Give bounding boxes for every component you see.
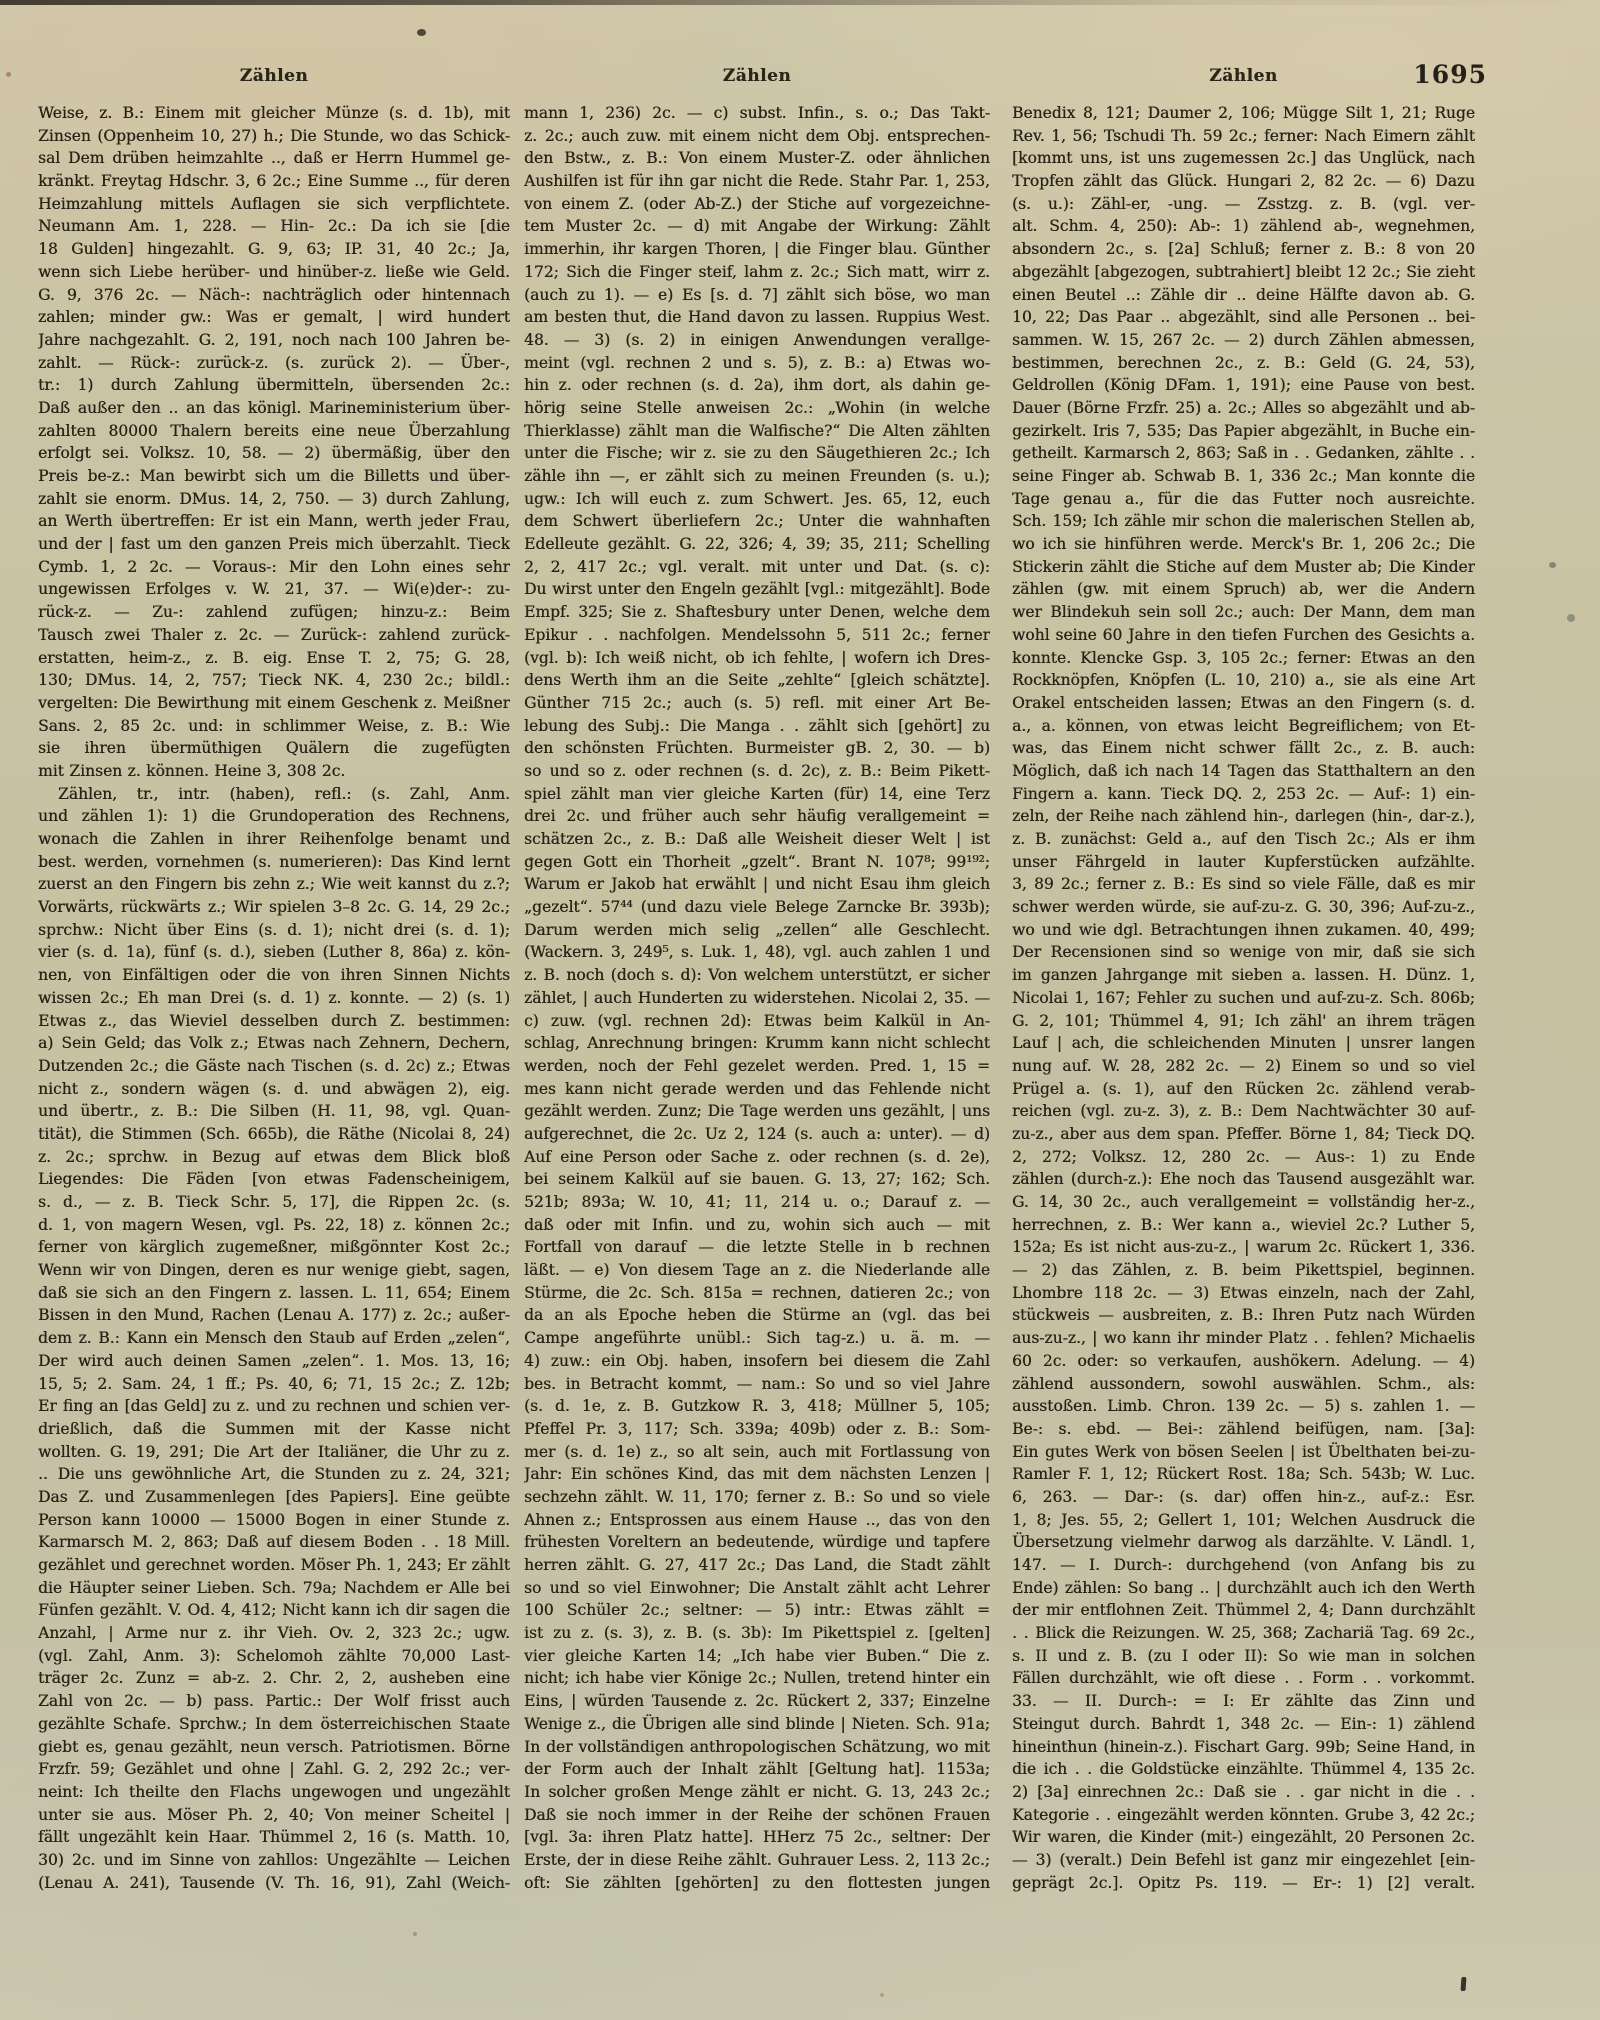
text-line: Anzahl, | Arme nur z. ihr Vieh. Ov. 2, 3… xyxy=(38,1622,510,1645)
text-line: Karmarsch M. 2, 863; Daß auf diesem Bode… xyxy=(38,1531,510,1554)
text-line: a., a. können, von etwas leicht Begreifl… xyxy=(1012,715,1475,738)
text-line: Weise, z. B.: Einem mit gleicher Münze (… xyxy=(38,102,510,125)
running-head-left: Zählen xyxy=(38,66,510,94)
text-line: den Bstw., z. B.: Von einem Muster-Z. od… xyxy=(524,147,990,170)
text-line: nen, von Einfältigen oder die von ihren … xyxy=(38,964,510,987)
text-line: Lauf | ach, die schleichenden Minuten | … xyxy=(1012,1032,1475,1055)
text-line: Thierklasse) zählt man die Walfische?“ D… xyxy=(524,420,990,443)
ink-speck xyxy=(413,1932,417,1936)
text-line: ausstoßen. Limb. Chron. 139 2c. — 5) s. … xyxy=(1012,1395,1475,1418)
text-line: Warum er Jakob hat erwählt | und nicht E… xyxy=(524,873,990,896)
text-line: und übertr., z. B.: Die Silben (H. 11, 9… xyxy=(38,1100,510,1123)
text-line: 10, 22; Das Paar .. abgezählt, sind alle… xyxy=(1012,306,1475,329)
text-line: unter sie aus. Möser Ph. 2, 40; Von mein… xyxy=(38,1804,510,1827)
text-line: daß oder mit Infin. und zu, wohin sich a… xyxy=(524,1214,990,1237)
text-line: (Wackern. 3, 249⁵, s. Luk. 1, 48), vgl. … xyxy=(524,941,990,964)
text-line: wohl seine 60 Jahre in den tiefen Furche… xyxy=(1012,624,1475,647)
text-line: hörig seine Stelle anweisen 2c.: „Wohin … xyxy=(524,397,990,420)
running-head-center: Zählen xyxy=(524,66,990,94)
text-line: getheilt. Karmarsch 2, 863; Saß in . . G… xyxy=(1012,442,1475,465)
text-line: wissen 2c.; Eh man Drei (s. d. 1) z. kon… xyxy=(38,987,510,1010)
text-line: mit Zinsen z. können. Heine 3, 308 2c. xyxy=(38,760,510,783)
text-line: fällt ungezählt kein Haar. Thümmel 2, 16… xyxy=(38,1826,510,1849)
text-line: so und so viel Einwohner; Die Anstalt zä… xyxy=(524,1577,990,1600)
text-line: zeln, der Reihe nach zählend hin-, darle… xyxy=(1012,805,1475,828)
text-line: Das Z. und Zusammenlegen [des Papiers]. … xyxy=(38,1486,510,1509)
text-line: . . Blick die Reizungen. W. 25, 368; Zac… xyxy=(1012,1622,1475,1645)
text-line: 30) 2c. und im Sinne von zahllos: Ungezä… xyxy=(38,1849,510,1872)
text-line: geprägt 2c.]. Opitz Ps. 119. — Er-: 1) [… xyxy=(1012,1872,1475,1895)
text-line: reichen (vgl. zu-z. 3), z. B.: Dem Nacht… xyxy=(1012,1100,1475,1123)
text-line: (auch zu 1). — e) Es [s. d. 7] zählt sic… xyxy=(524,284,990,307)
text-line: tem Muster 2c. — d) mit Angabe der Wirku… xyxy=(524,215,990,238)
text-line: .. Die uns gewöhnliche Art, die Stunden … xyxy=(38,1463,510,1486)
text-line: Sans. 2, 85 2c. und: in schlimmer Weise,… xyxy=(38,715,510,738)
ink-speck xyxy=(529,857,533,861)
text-line: Daß außer den .. an das königl. Marinemi… xyxy=(38,397,510,420)
text-line: sammen. W. 15, 267 2c. — 2) durch Zählen… xyxy=(1012,329,1475,352)
text-line: den schönsten Früchten. Burmeister gB. 2… xyxy=(524,737,990,760)
text-line: Er fing an [das Geld] zu z. und zu rechn… xyxy=(38,1395,510,1418)
text-line: tr.: 1) durch Zahlung übermitteln, übers… xyxy=(38,374,510,397)
text-line: Campe angeführte unübl.: Sich tag-z.) u.… xyxy=(524,1327,990,1350)
text-line: Empf. 325; Sie z. Shaftesbury unter Dene… xyxy=(524,601,990,624)
text-line: Jahre nachgezahlt. G. 2, 191, noch nach … xyxy=(38,329,510,352)
text-line: daß sie sich an den Fingern z. lassen. L… xyxy=(38,1282,510,1305)
text-line: was, das Einem nicht schwer fällt 2c., z… xyxy=(1012,737,1475,760)
text-line: Heimzahlung mittels Auflagen sie sich ve… xyxy=(38,193,510,216)
text-line: Prügel a. (s. 1), auf den Rücken 2c. zäh… xyxy=(1012,1078,1475,1101)
text-line: In der vollständigen anthropologischen S… xyxy=(524,1736,990,1759)
text-line: Zinsen (Oppenheim 10, 27) h.; Die Stunde… xyxy=(38,125,510,148)
text-line: nicht z., sondern wägen (s. d. und abwäg… xyxy=(38,1078,510,1101)
text-line: ist zu z. (s. 3), z. B. (s. 3b): Im Pike… xyxy=(524,1622,990,1645)
ink-speck xyxy=(880,1993,884,1997)
text-line: ugw.: Ich will euch z. zum Schwert. Jes.… xyxy=(524,488,990,511)
text-line: konnte. Klencke Gsp. 3, 105 2c.; ferner:… xyxy=(1012,647,1475,670)
text-line: 6, 263. — Dar-: (s. dar) offen hin-z., a… xyxy=(1012,1486,1475,1509)
text-line: G. 14, 30 2c., auch verallgemeint = voll… xyxy=(1012,1191,1475,1214)
text-line: G. 2, 101; Thümmel 4, 91; Ich zähl' an i… xyxy=(1012,1010,1475,1033)
text-line: meint (vgl. rechnen 2 und s. 5), z. B.: … xyxy=(524,352,990,375)
text-line: Übersetzung vielmehr darwog als darzählt… xyxy=(1012,1531,1475,1554)
text-line: zahlen; minder gw.: Was er gemalt, | wir… xyxy=(38,306,510,329)
text-line: Darum werden mich selig „zellen“ alle Ge… xyxy=(524,919,990,942)
text-line: Daß sie noch immer in der Reihe der schö… xyxy=(524,1804,990,1827)
text-line: zuerst an den Fingern bis zehn z.; Wie w… xyxy=(38,873,510,896)
text-line: immerhin, ihr kargen Thoren, | die Finge… xyxy=(524,238,990,261)
text-line: Be-: s. ebd. — Bei-: zählend beifügen, n… xyxy=(1012,1418,1475,1441)
text-line: Nicolai 1, 167; Fehler zu suchen und auf… xyxy=(1012,987,1475,1010)
text-line: wenn sich Liebe herüber- und hinüber-z. … xyxy=(38,261,510,284)
text-line: träger 2c. Zunz = ab-z. 2. Chr. 2, 2, au… xyxy=(38,1667,510,1690)
text-line: nicht; ich habe vier Könige 2c.; Nullen,… xyxy=(524,1667,990,1690)
text-line: sechzehn zählt. W. 11, 170; ferner z. B.… xyxy=(524,1486,990,1509)
text-line: [kommt uns, ist uns zugemessen 2c.] das … xyxy=(1012,147,1475,170)
scan-edge-shadow xyxy=(0,0,1600,5)
text-line: da an als Epoche heben die Stürme an (vg… xyxy=(524,1304,990,1327)
text-line: Fünfen gezählt. V. Od. 4, 412; Nicht kan… xyxy=(38,1599,510,1622)
text-line: Tage genau a., für die das Futter noch a… xyxy=(1012,488,1475,511)
text-line: zählet, | auch Hunderten zu widerstehen.… xyxy=(524,987,990,1010)
text-line: drießlich, daß die Summen mit der Kasse … xyxy=(38,1418,510,1441)
text-line: (vgl. b): Ich weiß nicht, ob ich fehlte,… xyxy=(524,647,990,670)
text-line: 18 Gulden] hingezahlt. G. 9, 63; IP. 31,… xyxy=(38,238,510,261)
text-line: unser Fährgeld in lauter Kupferstücken a… xyxy=(1012,851,1475,874)
text-line: vier (s. d. 1a), fünf (s. d.), sieben (L… xyxy=(38,941,510,964)
text-line: G. 9, 376 2c. — Näch-: nachträglich oder… xyxy=(38,284,510,307)
text-line: 3, 89 2c.; ferner z. B.: Es sind so viel… xyxy=(1012,873,1475,896)
text-line: der Form auch der Inhalt zählt [Geltung … xyxy=(524,1758,990,1781)
text-line: der mir entflohnen Zeit. Thümmel 2, 4; D… xyxy=(1012,1599,1475,1622)
text-line: und zählen 1): 1) die Grundoperation des… xyxy=(38,805,510,828)
text-line: [vgl. 3a: ihren Platz hatte]. HHerz 75 2… xyxy=(524,1826,990,1849)
text-line: zählen (durch-z.): Ehe noch das Tausend … xyxy=(1012,1168,1475,1191)
text-line: alt. Schm. 4, 250): Ab-: 1) zählend ab-,… xyxy=(1012,215,1475,238)
text-line: sprchw.: Nicht über Eins (s. d. 1); nich… xyxy=(38,919,510,942)
text-line: Vorwärts, rückwärts z.; Wir spielen 3–8 … xyxy=(38,896,510,919)
text-line: mes kann nicht gerade werden und das Feh… xyxy=(524,1078,990,1101)
text-line: Möglich, daß ich nach 14 Tagen das Statt… xyxy=(1012,760,1475,783)
text-line: Bissen in den Mund, Rachen (Lenau A. 177… xyxy=(38,1304,510,1327)
text-line: stückweis — ausbreiten, z. B.: Ihren Put… xyxy=(1012,1304,1475,1327)
text-line: wo und wie dgl. Betrachtungen ihnen zuka… xyxy=(1012,919,1475,942)
text-line: mann 1, 236) 2c. — c) subst. Infin., s. … xyxy=(524,102,990,125)
text-line: 521b; 893a; W. 10, 41; 11, 214 u. o.; Da… xyxy=(524,1191,990,1214)
text-line: werden, noch der Fehl gezelet werden. Pr… xyxy=(524,1055,990,1078)
text-line: bestimmen, berechnen 2c., z. B.: Geld (G… xyxy=(1012,352,1475,375)
text-line: Der Recensionen sind so wenige von mir, … xyxy=(1012,941,1475,964)
text-line: Preis be-z.: Man bewirbt sich um die Bil… xyxy=(38,465,510,488)
text-line: wonach die Zahlen in ihrer Reihenfolge b… xyxy=(38,828,510,851)
text-line: Edelleute gezählt. G. 22, 326; 4, 39; 35… xyxy=(524,533,990,556)
text-line: ungewissen Erfolges v. W. 21, 37. — Wi(e… xyxy=(38,578,510,601)
text-line: aufgerechnet, die 2c. Uz 2, 124 (s. auch… xyxy=(524,1123,990,1146)
text-line: 172; Sich die Finger steif, lahm z. 2c.;… xyxy=(524,261,990,284)
text-line: dem z. B.: Kann ein Mensch den Staub auf… xyxy=(38,1327,510,1350)
text-line: Pfeffel Pr. 3, 117; Sch. 339a; 409b) ode… xyxy=(524,1418,990,1441)
text-line: Günther 715 2c.; auch (s. 5) refl. mit e… xyxy=(524,692,990,715)
text-line: Zählen, tr., intr. (haben), refl.: (s. Z… xyxy=(38,783,510,806)
text-line: Person kann 10000 — 15000 Bogen in einer… xyxy=(38,1509,510,1532)
text-line: Aushilfen ist für ihn gar nicht die Rede… xyxy=(524,170,990,193)
page-number: 1695 xyxy=(1012,60,1487,94)
text-line: giebt es, genau gezählt, neun versch. Pa… xyxy=(38,1736,510,1759)
text-line: gezählte Schafe. Sprchw.; In dem österre… xyxy=(38,1713,510,1736)
text-line: „gezelt“. 57⁴⁴ (und dazu viele Belege Za… xyxy=(524,896,990,919)
text-line: Tausch zwei Thaler z. 2c. — Zurück-: zah… xyxy=(38,624,510,647)
text-line: Stürme, die 2c. Sch. 815a = rechnen, dat… xyxy=(524,1282,990,1305)
text-line: Wenige z., die Übrigen alle sind blinde … xyxy=(524,1713,990,1736)
text-line: 147. — I. Durch-: durchgehend (von Anfan… xyxy=(1012,1554,1475,1577)
text-line: kränkt. Freytag Hdschr. 3, 6 2c.; Eine S… xyxy=(38,170,510,193)
text-line: dens Werth ihm an die Seite „zehlte“ [gl… xyxy=(524,669,990,692)
text-line: 2, 2, 417 2c.; vgl. veralt. mit unter un… xyxy=(524,556,990,579)
text-line: wo ich sie hinführen werde. Merck's Br. … xyxy=(1012,533,1475,556)
text-line: gegen Gott ein Thorheit „gzelt“. Brant N… xyxy=(524,851,990,874)
text-line: c) zuw. (vgl. rechnen 2d): Etwas beim Ka… xyxy=(524,1010,990,1033)
text-line: hin z. oder rechnen (s. d. 2a), ihm dort… xyxy=(524,374,990,397)
text-line: vier gleiche Karten 14; „Ich habe vier B… xyxy=(524,1645,990,1668)
text-line: (vgl. Zahl, Anm. 3): Schelomoh zählte 70… xyxy=(38,1645,510,1668)
text-line: 100 Schüler 2c.; seltner: — 5) intr.: Et… xyxy=(524,1599,990,1622)
text-line: und der | fast um den ganzen Preis mich … xyxy=(38,533,510,556)
text-line: Frzfr. 59; Gezählet und ohne | Zahl. G. … xyxy=(38,1758,510,1781)
text-line: sie ihren übermüthigen Quälern die zugef… xyxy=(38,737,510,760)
text-line: schlag, Anrechnung bringen: Krumm kann n… xyxy=(524,1032,990,1055)
text-line: zahlt. — Rück-: zurück-z. (s. zurück 2).… xyxy=(38,352,510,375)
text-line: Dutzenden 2c.; die Gäste nach Tischen (s… xyxy=(38,1055,510,1078)
text-line: Cymb. 1, 2 2c. — Voraus-: Mir den Lohn e… xyxy=(38,556,510,579)
text-line: absondern 2c., s. [2a] Schluß; ferner z.… xyxy=(1012,238,1475,261)
text-line: Lhombre 118 2c. — 3) Etwas einzeln, nach… xyxy=(1012,1282,1475,1305)
text-line: am besten thut, die Hand davon zu lassen… xyxy=(524,306,990,329)
text-line: unter die Fische; wir z. sie zu den Säug… xyxy=(524,442,990,465)
text-line: Benedix 8, 121; Daumer 2, 106; Mügge Sil… xyxy=(1012,102,1475,125)
text-line: (Lenau A. 241), Tausende (V. Th. 16, 91)… xyxy=(38,1872,510,1895)
text-line: sal Dem drüben heimzahlte .., daß er Her… xyxy=(38,147,510,170)
text-line: Auf eine Person oder Sache z. oder rechn… xyxy=(524,1146,990,1169)
text-line: 1, 8; Jes. 55, 2; Gellert 1, 101; Welche… xyxy=(1012,1509,1475,1532)
scanned-dictionary-page: Zählen Zählen Zählen 1695 Weise, z. B.: … xyxy=(0,0,1600,2020)
ink-mark xyxy=(1461,1977,1467,1991)
text-line: herren zählt. G. 27, 417 2c.; Das Land, … xyxy=(524,1554,990,1577)
text-line: rück-z. — Zu-: zahlend zufügen; hinzu-z.… xyxy=(38,601,510,624)
text-line: Etwas z., das Wieviel desselben durch Z.… xyxy=(38,1010,510,1033)
text-line: Orakel entscheiden lassen; Etwas an den … xyxy=(1012,692,1475,715)
text-line: seine Finger ab. Schwab B. 1, 336 2c.; M… xyxy=(1012,465,1475,488)
text-line: von einem Z. (oder Ab-Z.) der Stiche auf… xyxy=(524,193,990,216)
text-line: Stickerin zählt die Stiche auf dem Muste… xyxy=(1012,556,1475,579)
text-line: z. B. noch (doch s. d): Von welchem unte… xyxy=(524,964,990,987)
text-line: Liegendes: Die Fäden [von etwas Fadensch… xyxy=(38,1168,510,1191)
text-line: zählend aussondern, sowohl auswählen. Sc… xyxy=(1012,1373,1475,1396)
text-line: erstatten, heim-z., z. B. eig. Ense T. 2… xyxy=(38,647,510,670)
text-line: 152a; Es ist nicht aus-zu-z., | warum 2c… xyxy=(1012,1236,1475,1259)
text-line: frühesten Voreltern an bedeutende, würdi… xyxy=(524,1531,990,1554)
text-line: so und so z. oder rechnen (s. d. 2c), z.… xyxy=(524,760,990,783)
text-line: Eins, | würden Tausende z. 2c. Rückert 2… xyxy=(524,1690,990,1713)
text-line: 4) zuw.: ein Obj. haben, insofern bei di… xyxy=(524,1350,990,1373)
text-line: Epikur . . nachfolgen. Mendelssohn 5, 51… xyxy=(524,624,990,647)
text-line: 33. — II. Durch-: = I: Er zählte das Zin… xyxy=(1012,1690,1475,1713)
text-column-3: Benedix 8, 121; Daumer 2, 106; Mügge Sil… xyxy=(1012,102,1475,1897)
text-line: s. II und z. B. (zu I oder II): So wie m… xyxy=(1012,1645,1475,1668)
ink-speck xyxy=(417,29,426,36)
ink-speck xyxy=(1567,614,1575,622)
ink-speck xyxy=(1549,562,1556,568)
text-line: gezählt werden. Zunz; Die Tage werden un… xyxy=(524,1100,990,1123)
text-line: Steingut durch. Bahrdt 1, 348 2c. — Ein-… xyxy=(1012,1713,1475,1736)
text-line: Dauer (Börne Frzfr. 25) a. 2c.; Alles so… xyxy=(1012,397,1475,420)
text-line: Zahl von 2c. — b) pass. Partic.: Der Wol… xyxy=(38,1690,510,1713)
text-line: Sch. 159; Ich zähle mir schon die maleri… xyxy=(1012,510,1475,533)
text-line: tität), die Stimmen (Sch. 665b), die Rät… xyxy=(38,1123,510,1146)
text-line: Du wirst unter den Engeln gezählt [vgl.:… xyxy=(524,578,990,601)
text-line: mer (s. d. 1e) z., so alt sein, auch mit… xyxy=(524,1441,990,1464)
text-line: Rev. 1, 56; Tschudi Th. 59 2c.; ferner: … xyxy=(1012,125,1475,148)
text-line: z. 2c.; auch zuw. mit einem nicht dem Ob… xyxy=(524,125,990,148)
text-line: gezirkelt. Iris 7, 535; Das Papier abgez… xyxy=(1012,420,1475,443)
text-line: an Werth übertreffen: Er ist ein Mann, w… xyxy=(38,510,510,533)
text-line: In solcher großen Menge zählt er nicht. … xyxy=(524,1781,990,1804)
text-line: im ganzen Jahrgange mit sieben a. lassen… xyxy=(1012,964,1475,987)
text-line: nung auf. W. 28, 282 2c. — 2) Einem so u… xyxy=(1012,1055,1475,1078)
text-line: bei seinem Kalkül auf sie bauen. G. 13, … xyxy=(524,1168,990,1191)
text-line: drei 2c. und früher auch sehr häufig ver… xyxy=(524,805,990,828)
text-line: 48. — 3) (s. 2) in einigen Anwendungen v… xyxy=(524,329,990,352)
text-line: Ende) zählen: So bang .. | durchzählt au… xyxy=(1012,1577,1475,1600)
text-line: Ein gutes Werk von bösen Seelen | ist Üb… xyxy=(1012,1441,1475,1464)
text-line: herrechnen, z. B.: Wer kann a., wieviel … xyxy=(1012,1214,1475,1237)
text-line: Wenn wir von Dingen, deren es nur wenige… xyxy=(38,1259,510,1282)
text-line: die Häupter seiner Lieben. Sch. 79a; Nac… xyxy=(38,1577,510,1600)
text-line: spiel zählt man vier gleiche Karten (für… xyxy=(524,783,990,806)
text-line: erfolgt sei. Volksz. 10, 58. — 2) übermä… xyxy=(38,442,510,465)
text-column-1: Weise, z. B.: Einem mit gleicher Münze (… xyxy=(38,102,510,1897)
text-line: abgezählt [abgezogen, subtrahiert] bleib… xyxy=(1012,261,1475,284)
text-line: aus-zu-z., | wo kann ihr minder Platz . … xyxy=(1012,1327,1475,1350)
text-line: Erste, der in diese Reihe zählt. Guhraue… xyxy=(524,1849,990,1872)
text-line: z. 2c.; sprchw. in Bezug auf etwas dem B… xyxy=(38,1146,510,1169)
text-column-2: mann 1, 236) 2c. — c) subst. Infin., s. … xyxy=(524,102,990,1897)
text-line: zählen (gw. mit einem Spruch) ab, wer di… xyxy=(1012,578,1475,601)
text-line: zähle ihn —, er zählt sich zu meinen Fre… xyxy=(524,465,990,488)
text-line: wollten. G. 19, 291; Die Art der Italiän… xyxy=(38,1441,510,1464)
text-line: zahlt sie enorm. DMus. 14, 2, 750. — 3) … xyxy=(38,488,510,511)
text-line: zahlten 80000 Thalern bereits eine neue … xyxy=(38,420,510,443)
text-line: Tropfen zählt das Glück. Hungari 2, 82 2… xyxy=(1012,170,1475,193)
text-line: vergelten: Die Bewirthung mit einem Gesc… xyxy=(38,692,510,715)
text-line: dem Schwert überliefern 2c.; Unter die w… xyxy=(524,510,990,533)
text-line: — 2) das Zählen, z. B. beim Pikettspiel,… xyxy=(1012,1259,1475,1282)
text-line: Ramler F. 1, 12; Rückert Rost. 18a; Sch.… xyxy=(1012,1463,1475,1486)
text-line: Rockknöpfen, Knöpfen (L. 10, 210) a., si… xyxy=(1012,669,1475,692)
text-line: gezählet und gerechnet worden. Möser Ph.… xyxy=(38,1554,510,1577)
text-line: Wir waren, die Kinder (mit-) eingezählt,… xyxy=(1012,1826,1475,1849)
text-line: einen Beutel ..: Zähle dir .. deine Hälf… xyxy=(1012,284,1475,307)
text-line: schätzen 2c., z. B.: Daß alle Weisheit d… xyxy=(524,828,990,851)
text-line: Fingern a. kann. Tieck DQ. 2, 253 2c. — … xyxy=(1012,783,1475,806)
text-line: 2, 272; Volksz. 12, 280 2c. — Aus-: 1) z… xyxy=(1012,1146,1475,1169)
text-line: lebung des Subj.: Die Manga . . zählt si… xyxy=(524,715,990,738)
text-line: wer Blindekuh sein soll 2c.; auch: Der M… xyxy=(1012,601,1475,624)
text-line: (s. u.): Zähl-er, -ung. — Zsstzg. z. B. … xyxy=(1012,193,1475,216)
text-line: Neumann Am. 1, 228. — Hin- 2c.: Da ich s… xyxy=(38,215,510,238)
text-line: neint: Ich theilte den Flachs ungewogen … xyxy=(38,1781,510,1804)
text-line: z. B. zunächst: Geld a., auf den Tisch 2… xyxy=(1012,828,1475,851)
text-line: oft: Sie zählten [gehörten] zu den flott… xyxy=(524,1872,990,1895)
text-line: d. 1, von magern Wesen, vgl. Ps. 22, 18)… xyxy=(38,1214,510,1237)
text-line: Kategorie . . eingezählt werden könnten.… xyxy=(1012,1804,1475,1827)
text-line: 130; DMus. 14, 2, 757; Tieck NK. 4, 230 … xyxy=(38,669,510,692)
text-line: 15, 5; 2. Sam. 24, 1 ff.; Ps. 40, 6; 71,… xyxy=(38,1373,510,1396)
text-line: (s. d. 1e, z. B. Gutzkow R. 3, 418; Müll… xyxy=(524,1395,990,1418)
text-line: 2) [3a] einrechnen 2c.: Daß sie . . gar … xyxy=(1012,1781,1475,1804)
text-line: Fällen durchzählt, wie oft diese . . For… xyxy=(1012,1667,1475,1690)
text-line: die ich . . die Goldstücke einzählte. Th… xyxy=(1012,1758,1475,1781)
ink-speck xyxy=(6,72,11,77)
text-line: Fortfall von darauf — die letzte Stelle … xyxy=(524,1236,990,1259)
text-line: hineinthun (hinein-z.). Fischart Garg. 9… xyxy=(1012,1736,1475,1759)
text-line: bes. in Betracht kommt, — nam.: So und s… xyxy=(524,1373,990,1396)
text-line: schwer werden würde, sie auf-zu-z. G. 30… xyxy=(1012,896,1475,919)
text-line: Jahr: Ein schönes Kind, das mit dem näch… xyxy=(524,1463,990,1486)
text-line: läßt. — e) Von diesem Tage an z. die Nie… xyxy=(524,1259,990,1282)
text-line: Geldrollen (König DFam. 1, 191); eine Pa… xyxy=(1012,374,1475,397)
text-line: ferner von kärglich zugemeßner, mißgönnt… xyxy=(38,1236,510,1259)
text-line: zu-z., aber aus dem span. Pfeffer. Börne… xyxy=(1012,1123,1475,1146)
text-line: 60 2c. oder: so verkaufen, aushökern. Ad… xyxy=(1012,1350,1475,1373)
text-line: a) Sein Geld; das Volk z.; Etwas nach Ze… xyxy=(38,1032,510,1055)
text-line: Ahnen z.; Entsprossen aus einem Hause ..… xyxy=(524,1509,990,1532)
text-line: best. werden, vornehmen (s. numerieren):… xyxy=(38,851,510,874)
text-line: — 3) (veralt.) Dein Befehl ist ganz mir … xyxy=(1012,1849,1475,1872)
text-line: s. d., — z. B. Tieck Schr. 5, 17], die R… xyxy=(38,1191,510,1214)
text-line: Der wird auch deinen Samen „zelen“. 1. M… xyxy=(38,1350,510,1373)
